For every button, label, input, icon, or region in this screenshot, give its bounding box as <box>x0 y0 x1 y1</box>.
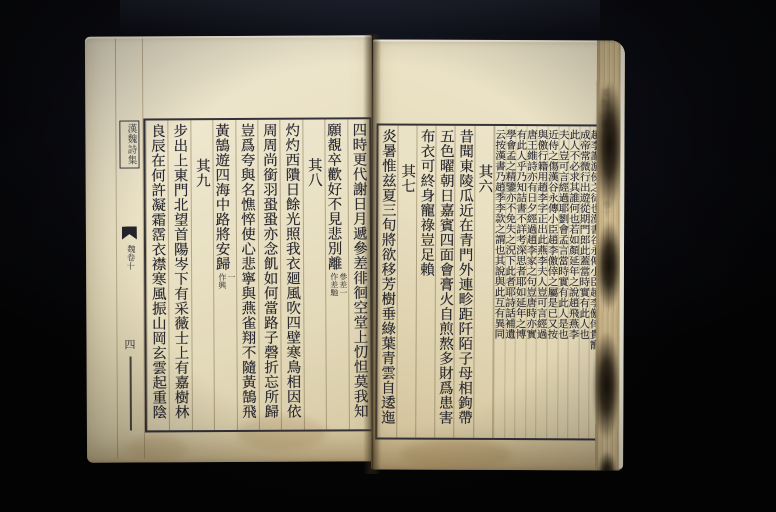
left-page: 漢魏詩集 魏卷十 四 四時更代謝日月遞參差徘徊空堂上忉怛莫我知願覩卒歡好不見悲別… <box>85 35 374 462</box>
left-verse-column: 豈爲夸與名憔悴使心悲寧與燕雀翔不隨黃鵠飛 <box>235 120 259 430</box>
text-frame-left: 四時更代謝日月遞參差徘徊空堂上忉怛莫我知願覩卒歡好不見悲別離參差一作差馳其八灼灼… <box>143 117 373 432</box>
banxin-rule-line <box>130 357 132 431</box>
right-verse-column: 布衣可終身寵祿豈足賴 <box>415 126 436 438</box>
fishtail-icon <box>122 226 137 239</box>
right-section-header: 其六 <box>473 126 494 438</box>
commentary-column: 與儌行籍用趙李字正出此燕李夫人豈可言經過 <box>536 126 548 438</box>
variant-note: 一作興 <box>218 273 236 289</box>
ink-smudge <box>596 220 622 310</box>
left-page-columns: 四時更代謝日月遞參差徘徊空堂上忉怛莫我知願覩卒歡好不見悲別離參差一作差馳其八灼灼… <box>145 119 371 430</box>
banxin-volume-label: 魏卷十 <box>124 244 134 270</box>
page-number: 四 <box>124 336 135 352</box>
commentary-column: 云按漢書乃趙季李款之謂也其說與此互有異同 <box>493 126 505 438</box>
right-section-header: 其七 <box>396 126 417 438</box>
book-photograph: 漢魏詩集 魏卷十 四 四時更代謝日月遞參差徘徊空堂上忉怛莫我知願覩卒歡好不見悲別… <box>0 0 776 512</box>
fore-edge-page-stack: 漢魏詩集 卷十 <box>595 40 621 470</box>
variant-note: 參差一作差馳 <box>330 272 348 296</box>
banxin-title: 漢魏詩集 <box>119 120 139 168</box>
left-verse-column: 黃鵠遊四海中路將安歸一作興 <box>213 120 237 430</box>
right-verse-column: 昔聞東陵瓜近在青門外連畛距阡陌子母相鉤帶 <box>454 126 475 438</box>
ink-smudge <box>597 450 617 470</box>
page-edge-sliver <box>619 43 625 469</box>
ink-smudge <box>592 330 620 440</box>
right-page: 趙李謂游俠之徒也漢書谷永傳小臣趙李儌倖貴寵成帝常微行出遊從期門郎此蓋當時實有此人… <box>371 39 625 470</box>
gutter-shadow <box>363 34 381 474</box>
left-verse-column: 願覩卒歡好不見悲別離參差一作差馳 <box>325 119 349 429</box>
left-verse-column: 灼灼西隤日餘光照我衣廻風吹四壁寒鳥相因依 <box>280 120 304 430</box>
text-frame-right: 趙李謂游俠之徒也漢書谷永傳小臣趙李儌倖貴寵成帝常微行出遊從期門郎此蓋當時實有此人… <box>375 123 602 440</box>
paper-stain <box>401 440 511 470</box>
commentary-block: 趙李謂游俠之徒也漢書谷永傳小臣趙李儌倖貴寵成帝常微行出遊從期門郎此蓋當時實有此人… <box>492 126 600 438</box>
left-verse-column: 良辰在何許凝霜霑衣襟寒風振山岡玄雲起重陰 <box>145 120 169 430</box>
right-page-columns: 趙李謂游俠之徒也漢書谷永傳小臣趙李儌倖貴寵成帝常微行出遊從期門郎此蓋當時實有此人… <box>377 125 600 438</box>
left-verse-column: 周周尚銜羽蛩蛩亦念飢如何當路子磬折忘所歸 <box>257 120 281 430</box>
right-verse-column: 五色曜朝日嘉賓四面會膏火自煎熬多財爲患害 <box>434 126 455 438</box>
banxin-left-fold: 漢魏詩集 魏卷十 四 <box>115 38 145 458</box>
left-verse-column: 步出上東門北望首陽岑下有采薇士上有嘉樹林 <box>168 120 192 430</box>
cloth-fold-sheen <box>120 0 600 34</box>
